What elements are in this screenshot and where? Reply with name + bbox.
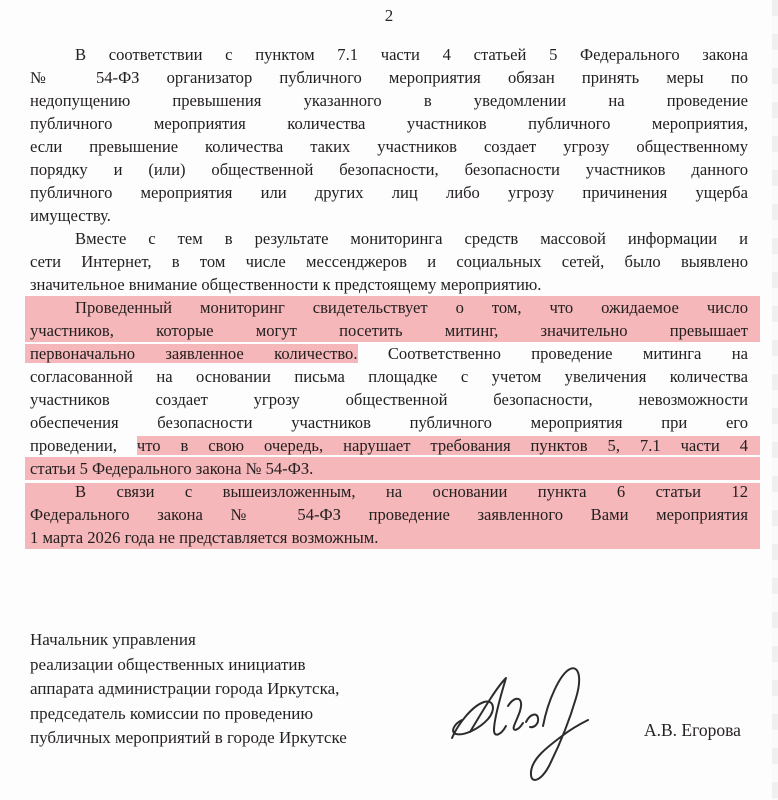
- text-line: если превышение количества таких участни…: [30, 135, 748, 158]
- text-line: Вместе с тем в результате мониторинга ср…: [30, 227, 748, 250]
- highlighted-text: статьи 5 Федерального закона № 54-ФЗ.: [30, 459, 313, 478]
- highlighted-text: участников, которые могут посетить митин…: [30, 321, 748, 340]
- text-segment: публичного мероприятия количества участн…: [30, 114, 748, 133]
- text-line: № 54-ФЗ организатор публичного мероприят…: [30, 66, 748, 89]
- text-segment: Вместе с тем в результате мониторинга ср…: [75, 229, 748, 248]
- text-line: первоначально заявленное количество. Соо…: [30, 342, 748, 365]
- signature-block: Начальник управленияреализации обществен…: [30, 628, 347, 751]
- text-segment: сети Интернет, в том числе мессенджеров …: [30, 252, 748, 271]
- text-line: 1 марта 2026 года не представляется возм…: [25, 526, 760, 549]
- text-line: проведении, что в свою очередь, нарушает…: [30, 434, 748, 457]
- text-segment: порядку и (или) общественной безопасност…: [30, 160, 748, 179]
- text-line: В соответствии с пунктом 7.1 части 4 ста…: [30, 43, 748, 66]
- page-number: 2: [0, 6, 778, 26]
- text-segment: проведении,: [30, 436, 137, 455]
- signature-title-line: Начальник управления: [30, 628, 347, 653]
- scan-edge-artifact: [772, 0, 778, 800]
- text-segment: обеспечения безопасности участников публ…: [30, 413, 748, 432]
- highlighted-text: первоначально заявленное количество.: [30, 344, 358, 363]
- text-line: имуществу.: [30, 204, 748, 227]
- text-segment: публичного мероприятия или других лиц ли…: [30, 183, 748, 202]
- scanned-document-page: 2 В соответствии с пунктом 7.1 части 4 с…: [0, 0, 778, 800]
- text-line: порядку и (или) общественной безопасност…: [30, 158, 748, 181]
- text-line: значительное внимание общественности к п…: [30, 273, 748, 296]
- handwritten-signature-icon: [448, 662, 604, 794]
- text-segment: имуществу.: [30, 206, 111, 225]
- text-segment: значительное внимание общественности к п…: [30, 275, 541, 294]
- text-segment: участников создает угрозу общественной б…: [30, 390, 748, 409]
- text-segment: № 54-ФЗ организатор публичного мероприят…: [30, 68, 748, 87]
- document-body: В соответствии с пунктом 7.1 части 4 ста…: [30, 43, 748, 549]
- text-line: Федерального закона № 54-ФЗ проведение з…: [25, 503, 760, 526]
- text-line: В связи с вышеизложенным, на основании п…: [25, 480, 760, 503]
- highlighted-text: Федерального закона № 54-ФЗ проведение з…: [30, 505, 748, 524]
- text-line: обеспечения безопасности участников публ…: [30, 411, 748, 434]
- highlighted-text: Проведенный мониторинг свидетельствует о…: [75, 298, 748, 317]
- text-line: участников создает угрозу общественной б…: [30, 388, 748, 411]
- text-line: статьи 5 Федерального закона № 54-ФЗ.: [25, 457, 760, 480]
- text-line: согласованной на основании письма площад…: [30, 365, 748, 388]
- text-line: Проведенный мониторинг свидетельствует о…: [25, 296, 760, 319]
- signatory-name: А.В. Егорова: [644, 720, 741, 741]
- highlighted-text: 1 марта 2026 года не представляется возм…: [30, 528, 378, 547]
- highlighted-text: В связи с вышеизложенным, на основании п…: [75, 482, 748, 501]
- text-line: публичного мероприятия или других лиц ли…: [30, 181, 748, 204]
- text-line: участников, которые могут посетить митин…: [25, 319, 760, 342]
- text-segment: согласованной на основании письма площад…: [30, 367, 748, 386]
- text-segment: если превышение количества таких участни…: [30, 137, 748, 156]
- signature-title-line: реализации общественных инициатив: [30, 653, 347, 678]
- text-segment: Соответственно проведение митинга на: [358, 344, 748, 363]
- signature-title-line: аппарата администрации города Иркутска,: [30, 677, 347, 702]
- signature-title-line: публичных мероприятий в городе Иркутске: [30, 726, 347, 751]
- text-line: недопущению превышения указанного в увед…: [30, 89, 748, 112]
- highlighted-text: что в свою очередь, нарушает требования …: [137, 436, 748, 455]
- text-line: сети Интернет, в том числе мессенджеров …: [30, 250, 748, 273]
- text-segment: недопущению превышения указанного в увед…: [30, 91, 748, 110]
- text-segment: В соответствии с пунктом 7.1 части 4 ста…: [75, 45, 748, 64]
- signature-title-line: председатель комиссии по проведению: [30, 702, 347, 727]
- text-line: публичного мероприятия количества участн…: [30, 112, 748, 135]
